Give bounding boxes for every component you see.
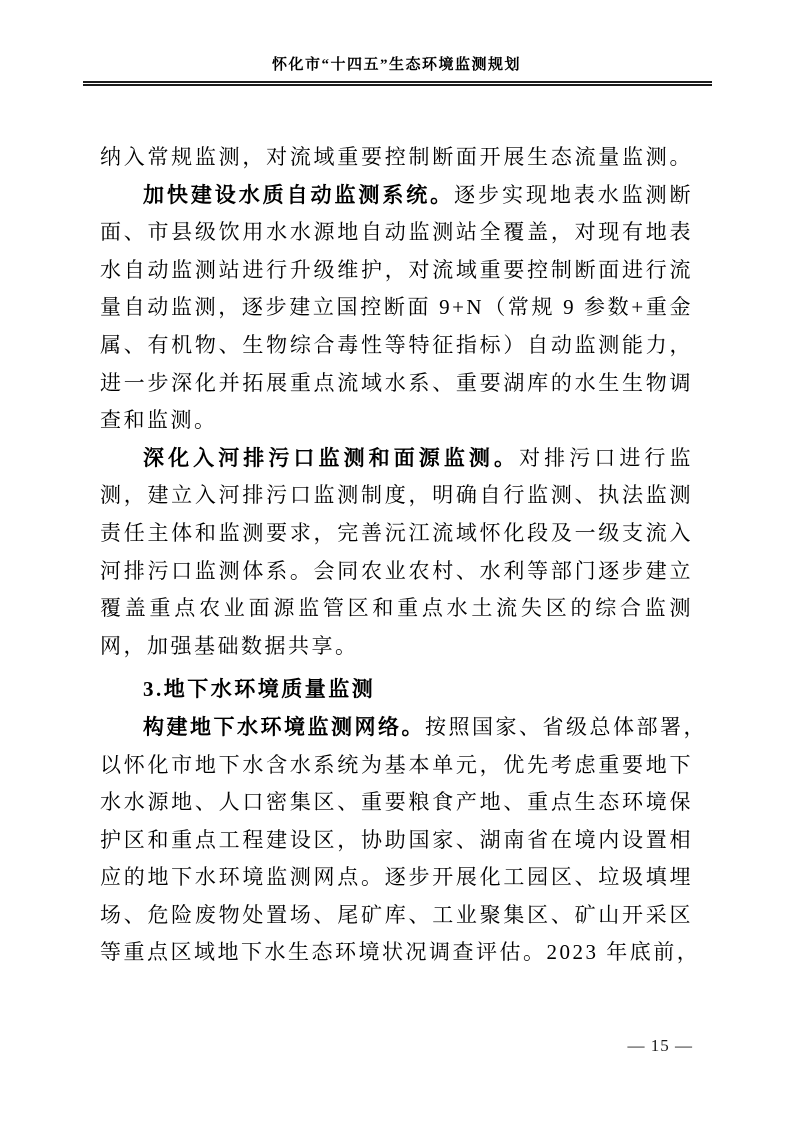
text-line: 等重点区域地下水生态环境状况调查评估。2023 年底前， — [100, 934, 693, 972]
header-rule — [83, 81, 712, 86]
body-text-segment: 场、危险废物处置场、尾矿库、工业聚集区、矿山开采区 — [100, 903, 693, 927]
text-line: 加快建设水质自动监测系统。逐步实现地表水监测断 — [100, 177, 693, 215]
body-text-segment: 责任主体和监测要求，完善沅江流域怀化段及一级支流入 — [100, 521, 693, 545]
body-text-segment: 属、有机物、生物综合毒性等特征指标）自动监测能力， — [100, 333, 693, 357]
bold-lead-text: 3.地下水环境质量监测 — [143, 677, 375, 701]
text-line: 查和监测。 — [100, 402, 693, 440]
header-title: 怀化市“十四五”生态环境监测规划 — [0, 53, 793, 74]
body-text-segment: 测，建立入河排污口监测制度，明确自行监测、执法监测 — [100, 483, 693, 507]
page-number: — 15 — — [100, 1036, 693, 1056]
body-text-segment: 水自动监测站进行升级维护，对流域重要控制断面进行流 — [100, 258, 693, 282]
body-text-segment: 水水源地、人口密集区、重要粮食产地、重点生态环境保 — [100, 790, 693, 814]
body-text-segment: 纳入常规监测，对流域重要控制断面开展生态流量监测。 — [100, 145, 693, 169]
text-line: 属、有机物、生物综合毒性等特征指标）自动监测能力， — [100, 327, 693, 365]
text-line: 构建地下水环境监测网络。按照国家、省级总体部署， — [100, 709, 693, 747]
text-line: 纳入常规监测，对流域重要控制断面开展生态流量监测。 — [100, 139, 693, 177]
bold-lead-text: 构建地下水环境监测网络。 — [143, 715, 425, 739]
document-page: 怀化市“十四五”生态环境监测规划 纳入常规监测，对流域重要控制断面开展生态流量监… — [0, 0, 793, 1122]
body-text-segment: 面、市县级饮用水水源地自动监测站全覆盖，对现有地表 — [100, 220, 693, 244]
text-line: 责任主体和监测要求，完善沅江流域怀化段及一级支流入 — [100, 515, 693, 553]
text-line: 深化入河排污口监测和面源监测。对排污口进行监 — [100, 440, 693, 478]
text-line: 测，建立入河排污口监测制度，明确自行监测、执法监测 — [100, 477, 693, 515]
bold-lead-text: 加快建设水质自动监测系统。 — [143, 183, 454, 207]
body-text-segment: 进一步深化并拓展重点流域水系、重要湖库的水生生物调 — [100, 371, 693, 395]
body-text-segment: 查和监测。 — [100, 408, 218, 432]
text-line: 河排污口监测体系。会同农业农村、水利等部门逐步建立 — [100, 553, 693, 591]
body-text-segment: 覆盖重点农业面源监管区和重点水土流失区的综合监测 — [100, 596, 693, 620]
body-text-segment: 量自动监测，逐步建立国控断面 9+N（常规 9 参数+重金 — [100, 295, 693, 319]
body-text-segment: 护区和重点工程建设区，协助国家、湖南省在境内设置相 — [100, 828, 693, 852]
text-line: 进一步深化并拓展重点流域水系、重要湖库的水生生物调 — [100, 365, 693, 403]
text-line: 网，加强基础数据共享。 — [100, 628, 693, 666]
body-text-segment: 以怀化市地下水含水系统为基本单元，优先考虑重要地下 — [100, 753, 693, 777]
body-text-segment: 逐步实现地表水监测断 — [454, 183, 693, 207]
body-text-segment: 应的地下水环境监测网点。逐步开展化工园区、垃圾填埋 — [100, 865, 693, 889]
text-line: 水水源地、人口密集区、重要粮食产地、重点生态环境保 — [100, 784, 693, 822]
text-line: 水自动监测站进行升级维护，对流域重要控制断面进行流 — [100, 252, 693, 290]
body-text-segment: 等重点区域地下水生态环境状况调查评估。2023 年底前， — [100, 940, 700, 964]
document-body: 纳入常规监测，对流域重要控制断面开展生态流量监测。加快建设水质自动监测系统。逐步… — [100, 139, 693, 972]
body-text-segment: 对排污口进行监 — [519, 446, 693, 470]
text-line: 覆盖重点农业面源监管区和重点水土流失区的综合监测 — [100, 590, 693, 628]
text-line: 场、危险废物处置场、尾矿库、工业聚集区、矿山开采区 — [100, 897, 693, 935]
body-text-segment: 河排污口监测体系。会同农业农村、水利等部门逐步建立 — [100, 559, 693, 583]
section-heading: 3.地下水环境质量监测 — [100, 671, 693, 709]
text-line: 护区和重点工程建设区，协助国家、湖南省在境内设置相 — [100, 822, 693, 860]
body-text-segment: 网，加强基础数据共享。 — [100, 634, 359, 658]
text-line: 应的地下水环境监测网点。逐步开展化工园区、垃圾填埋 — [100, 859, 693, 897]
bold-lead-text: 深化入河排污口监测和面源监测。 — [143, 446, 519, 470]
text-line: 面、市县级饮用水水源地自动监测站全覆盖，对现有地表 — [100, 214, 693, 252]
body-text-segment: 按照国家、省级总体部署， — [425, 715, 707, 739]
text-line: 以怀化市地下水含水系统为基本单元，优先考虑重要地下 — [100, 747, 693, 785]
text-line: 量自动监测，逐步建立国控断面 9+N（常规 9 参数+重金 — [100, 289, 693, 327]
